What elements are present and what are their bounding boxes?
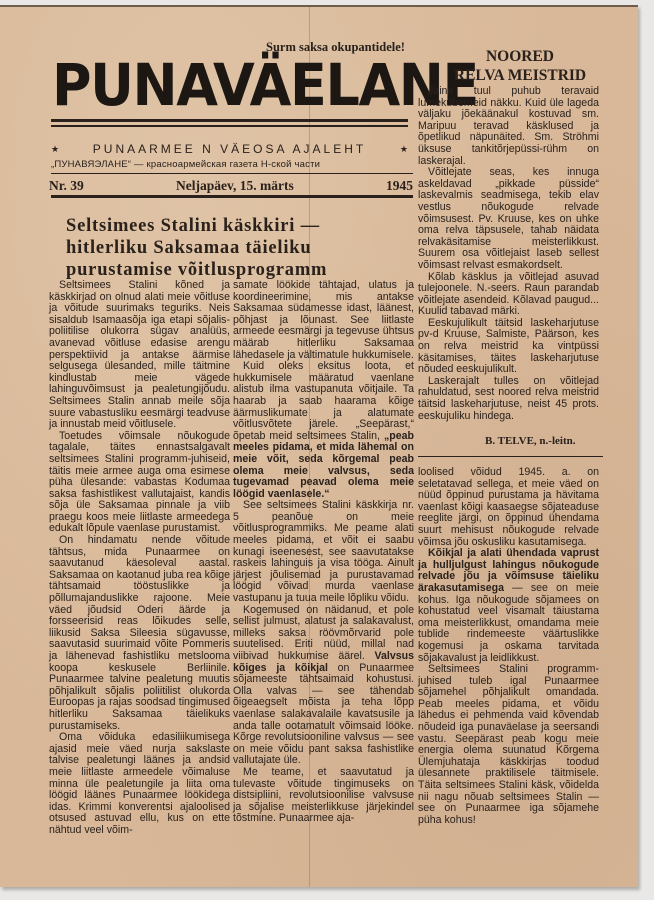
masthead-rule-bottom (51, 125, 408, 127)
paragraph: Kõikjal ja alati ühendada vaprust ja hul… (418, 548, 599, 664)
main-headline: Seltsimees Stalini käskkiri — hitlerliku… (66, 215, 386, 281)
subtitle-estonian-row: ★ PUNAARMEE N VÄEOSA AJALEHT ★ (51, 142, 408, 156)
paragraph: loolised võidud 1945. a. on seletatavad … (418, 467, 599, 548)
issue-line: Nr. 39 Neljapäev, 15. märts 1945 (49, 178, 413, 194)
paragraph: Seltsimees Stalini kõned ja käskkirjad o… (49, 280, 230, 431)
paragraph: Kõlab käsklus ja võitlejad asuvad tulejo… (418, 272, 599, 318)
paragraph: See seltsimees Stalini käskkirja nr. 5 p… (233, 500, 414, 604)
paragraph: Me teame, et saavutatud ja tulevaste või… (233, 767, 414, 825)
issue-rule-top (51, 173, 413, 174)
star-icon: ★ (400, 144, 408, 155)
paragraph-text: on Punaarmee sõjameeste tähtsaimaid kohu… (233, 662, 414, 767)
issue-number: Nr. 39 (49, 178, 84, 194)
side-article-signature: B. TELVE, n.-leitn. (485, 435, 575, 447)
paragraph: On hindamatu nende võitude tähtsus, mida… (49, 535, 230, 732)
paragraph: Eeskujulikult täitsid laskeharjutuse pv-… (418, 318, 599, 376)
paragraph-text: — see on meie kohus. Iga nõukogude sõjam… (418, 582, 599, 664)
main-article-column-1: Seltsimees Stalini kõned ja käskkirjad o… (49, 280, 230, 837)
paragraph: Toetudes võimsale nõukogude tagalale, tä… (49, 431, 230, 535)
paragraph: Oma võiduka edasiliikumisega ajasid meie… (49, 732, 230, 836)
side-title-line-2: RELVA MEISTRID (430, 66, 610, 85)
issue-rule-bottom (51, 195, 413, 198)
issue-year: 1945 (386, 178, 413, 194)
subtitle-russian: „ПУНАВЯЭЛАНЕ“ — красноармейская газета Н… (51, 159, 408, 170)
paragraph: Jäine tuul puhub teravaid lumekübemeid n… (418, 86, 599, 167)
side-article-body: Jäine tuul puhub teravaid lumekübemeid n… (418, 86, 599, 422)
side-article-divider (418, 456, 603, 457)
subtitle-estonian: PUNAARMEE N VÄEOSA AJALEHT (93, 142, 366, 156)
paragraph: Kogemused on näidanud, et pole sellist j… (233, 605, 414, 767)
side-title-line-1: NOORED (430, 47, 610, 66)
paragraph: Seltsimees Stalini programm-juhised tule… (418, 664, 599, 826)
masthead-rule-top (51, 119, 408, 122)
masthead-title: PUNAVÄELANE (52, 55, 384, 115)
main-article-column-3: loolised võidud 1945. a. on seletatavad … (418, 467, 599, 826)
star-icon: ★ (51, 144, 59, 155)
paragraph: Võitlejate seas, kes innuga askeldavad „… (418, 167, 599, 271)
paragraph: Laskerajalt tulles on võitlejad rahuldat… (418, 376, 599, 422)
newspaper-page: Surm saksa okupantidele! PUNAVÄELANE ★ P… (0, 5, 638, 887)
main-article-column-2: samate löökide tähtajad, ulatus ja koord… (233, 280, 414, 825)
issue-date: Neljapäev, 15. märts (176, 178, 294, 194)
paragraph: samate löökide tähtajad, ulatus ja koord… (233, 280, 414, 361)
side-article-title: NOORED RELVA MEISTRID (430, 47, 610, 85)
paragraph: Kuid oleks eksitus loota, et hukkumisele… (233, 361, 414, 500)
